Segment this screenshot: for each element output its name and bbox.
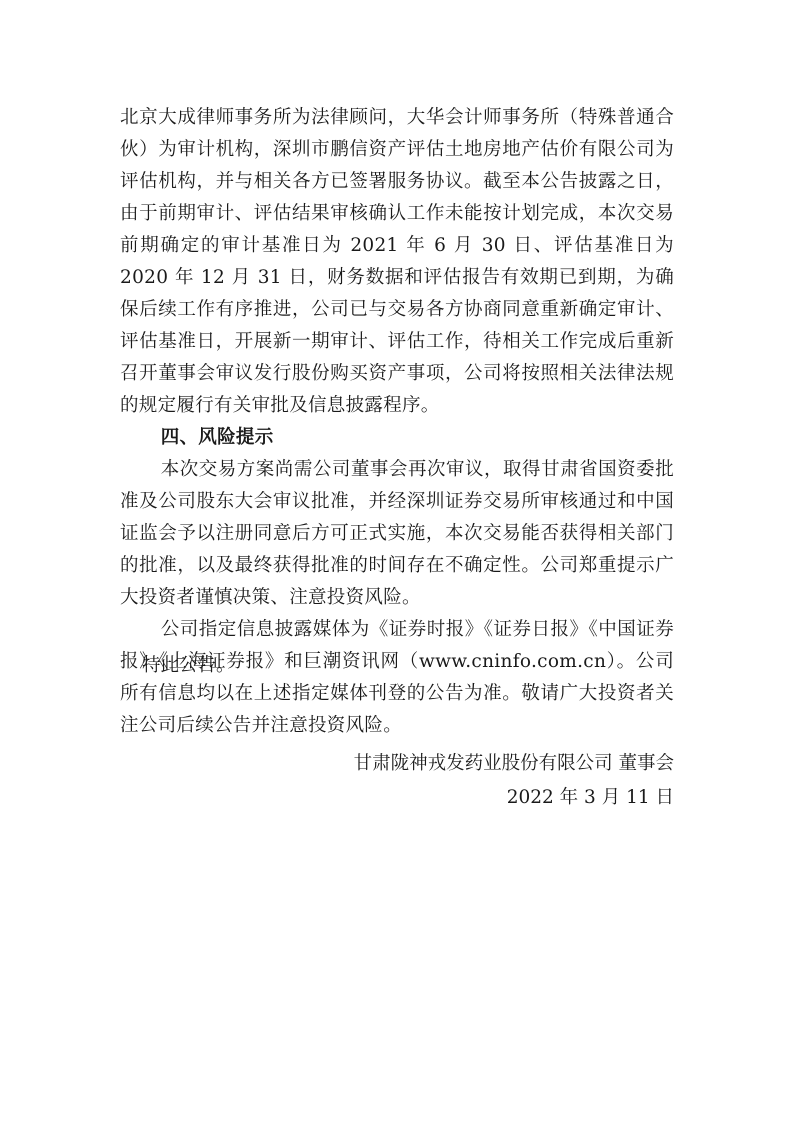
paragraph-advisors: 北京大成律师事务所为法律顾问，大华会计师事务所（特殊普通合伙）为审计机构，深圳市… [120, 102, 674, 422]
document-page: 北京大成律师事务所为法律顾问，大华会计师事务所（特殊普通合伙）为审计机构，深圳市… [0, 0, 793, 1122]
signature-date: 2022 年 3 月 11 日 [354, 781, 674, 815]
signature-block: 甘肃陇神戎发药业股份有限公司 董事会 2022 年 3 月 11 日 [354, 747, 674, 815]
section-heading-risk: 四、风险提示 [120, 422, 674, 454]
document-body: 北京大成律师事务所为法律顾问，大华会计师事务所（特殊普通合伙）为审计机构，深圳市… [120, 102, 674, 742]
closing-remark: 特此公告。 [142, 650, 235, 682]
signature-company: 甘肃陇神戎发药业股份有限公司 董事会 [354, 747, 674, 781]
paragraph-risk: 本次交易方案尚需公司董事会再次审议，取得甘肃省国资委批准及公司股东大会审议批准，… [120, 454, 674, 614]
